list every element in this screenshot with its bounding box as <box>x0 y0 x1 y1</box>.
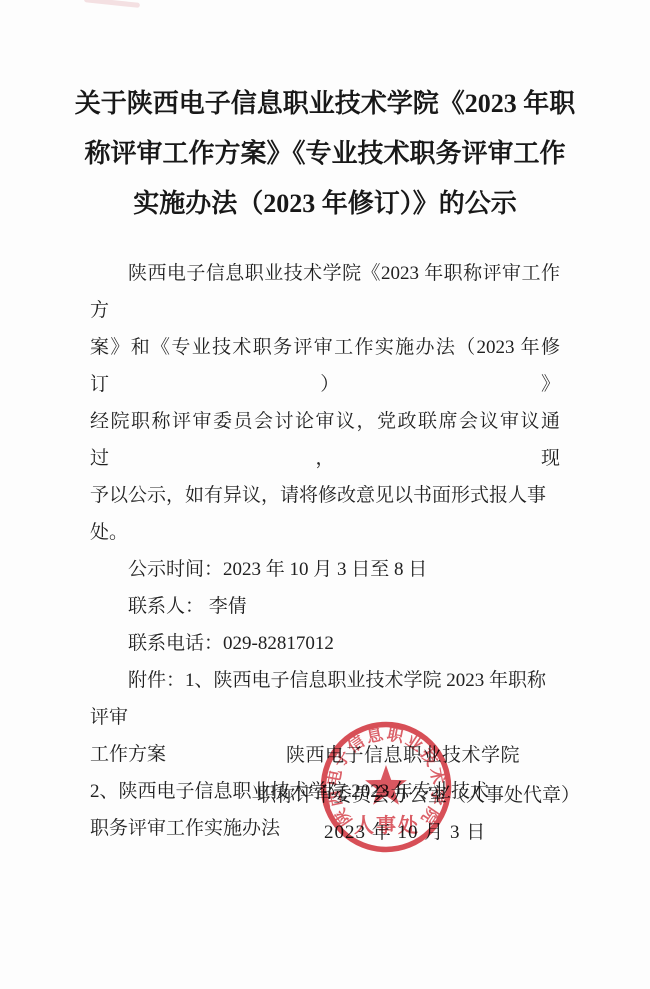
title-line-3: 实施办法（2023 年修订）》的公示 <box>0 179 650 229</box>
announcement-title: 关于陕西电子信息职业技术学院《2023 年职 称评审工作方案》《专业技术职务评审… <box>0 79 650 229</box>
notice-period-line: 公示时间：2023 年 10 月 3 日至 8 日 <box>90 551 560 588</box>
title-line-2: 称评审工作方案》《专业技术职务评审工作 <box>0 129 650 179</box>
signature-org-name: 陕西电子信息职业技术学院 <box>286 744 520 768</box>
body-paragraph-line-2: 案》和《专业技术职务评审工作实施办法（2023 年修订）》 <box>90 329 560 403</box>
contact-phone-line: 联系电话：029-82817012 <box>90 625 560 662</box>
scan-smudge <box>84 0 140 8</box>
title-line-1: 关于陕西电子信息职业技术学院《2023 年职 <box>0 79 650 129</box>
attachment-line-1: 附件：1、陕西电子信息职业技术学院 2023 年职称评审 <box>90 662 560 736</box>
signature-date: 2023 年 10 月 3 日 <box>324 821 486 845</box>
body-paragraph-line-4: 予以公示，如有异议，请将修改意见以书面形式报人事处。 <box>90 477 560 551</box>
body-paragraph-line-1: 陕西电子信息职业技术学院《2023 年职称评审工作方 <box>90 255 560 329</box>
signature-office-line: 职称评审委员会办公室（人事处代章） <box>257 784 580 808</box>
contact-person-line: 联系人： 李倩 <box>90 588 560 625</box>
document-page: 关于陕西电子信息职业技术学院《2023 年职 称评审工作方案》《专业技术职务评审… <box>0 0 650 989</box>
body-paragraph-line-3: 经院职称评审委员会讨论审议，党政联席会议审议通过，现 <box>90 403 560 477</box>
